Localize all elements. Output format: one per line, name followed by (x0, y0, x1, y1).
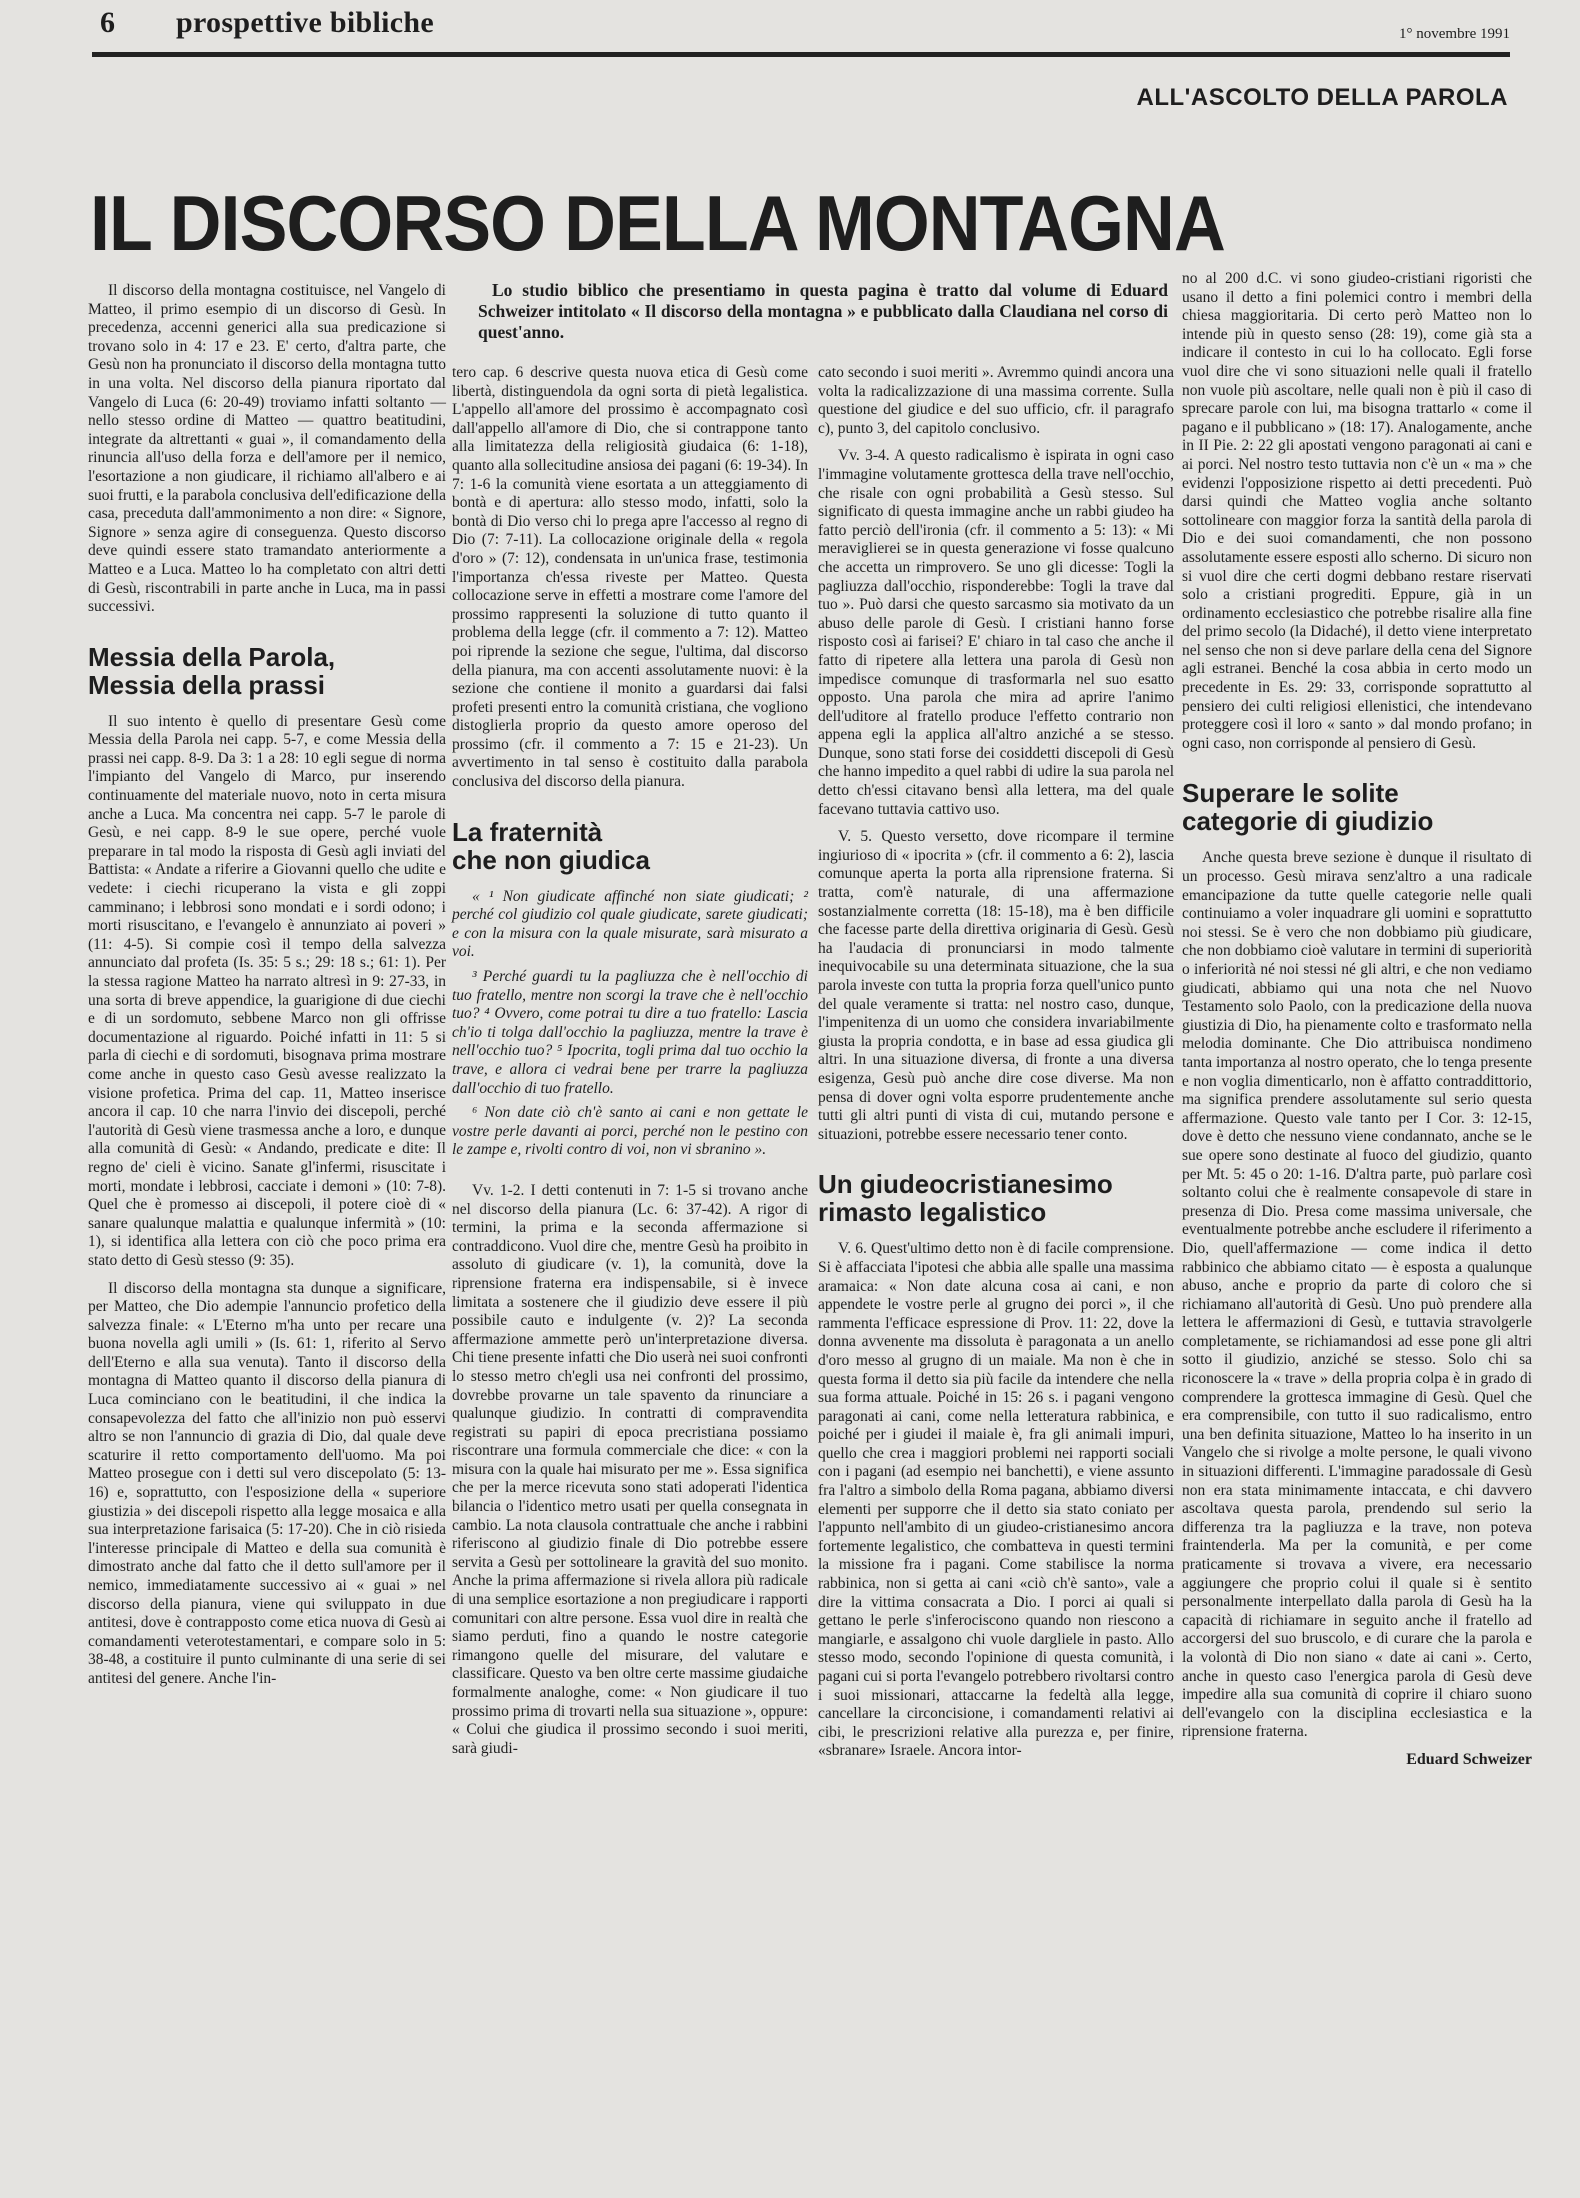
section-kicker: ALL'ASCOLTO DELLA PAROLA (1137, 84, 1508, 112)
scripture-quote: ⁶ Non date ciò ch'è santo ai cani e non … (452, 1104, 808, 1160)
subheading-fraternita: La fraternità che non giudica (452, 818, 808, 874)
scripture-quote: ³ Perché guardi tu la pagliuzza che è ne… (452, 968, 808, 1098)
column-3: cato secondo i suoi meriti ». Avremmo qu… (818, 364, 1174, 1770)
masthead: 6 prospettive bibliche 1° novembre 1991 (92, 6, 1510, 52)
body-paragraph: tero cap. 6 descrive questa nuova etica … (452, 364, 808, 792)
body-paragraph: no al 200 d.C. vi sono giudeo-cristiani … (1182, 270, 1532, 753)
column-4: no al 200 d.C. vi sono giudeo-cristiani … (1182, 270, 1532, 1770)
newspaper-page: 6 prospettive bibliche 1° novembre 1991 … (0, 0, 1580, 2198)
body-paragraph: Anche questa breve sezione è dunque il r… (1182, 849, 1532, 1742)
body-paragraph: V. 5. Questo versetto, dove ricompare il… (818, 828, 1174, 1144)
scripture-quote: « ¹ Non giudicate affinché non siate giu… (452, 888, 808, 962)
subheading-superare: Superare le solite categorie di giudizio (1182, 779, 1532, 835)
body-paragraph: Vv. 3-4. A questo radicalismo è ispirata… (818, 447, 1174, 819)
subheading-messia: Messia della Parola, Messia della prassi (88, 643, 446, 699)
page-number: 6 (100, 6, 115, 40)
body-paragraph: V. 6. Quest'ultimo detto non è di facile… (818, 1240, 1174, 1761)
body-paragraph: Vv. 1-2. I detti contenuti in 7: 1-5 si … (452, 1182, 808, 1758)
body-paragraph: cato secondo i suoi meriti ». Avremmo qu… (818, 364, 1174, 438)
headline: IL DISCORSO DELLA MONTAGNA (90, 178, 1225, 269)
subheading-giudeocristianesimo: Un giudeocristianesimo rimasto legalisti… (818, 1170, 1174, 1226)
body-paragraph: Il discorso della montagna costituisce, … (88, 282, 446, 617)
body-paragraph: Il suo intento è quello di presentare Ge… (88, 713, 446, 1271)
author-signature: Eduard Schweizer (1182, 1751, 1532, 1770)
issue-date: 1° novembre 1991 (1399, 26, 1510, 43)
publication-name: prospettive bibliche (176, 6, 434, 40)
body-paragraph: Il discorso della montagna sta dunque a … (88, 1280, 446, 1689)
column-2: tero cap. 6 descrive questa nuova etica … (452, 364, 808, 1767)
intro-standfirst: Lo studio biblico che presentiamo in que… (478, 280, 1168, 343)
masthead-rule (92, 52, 1510, 57)
column-1: Il discorso della montagna costituisce, … (88, 282, 446, 1698)
